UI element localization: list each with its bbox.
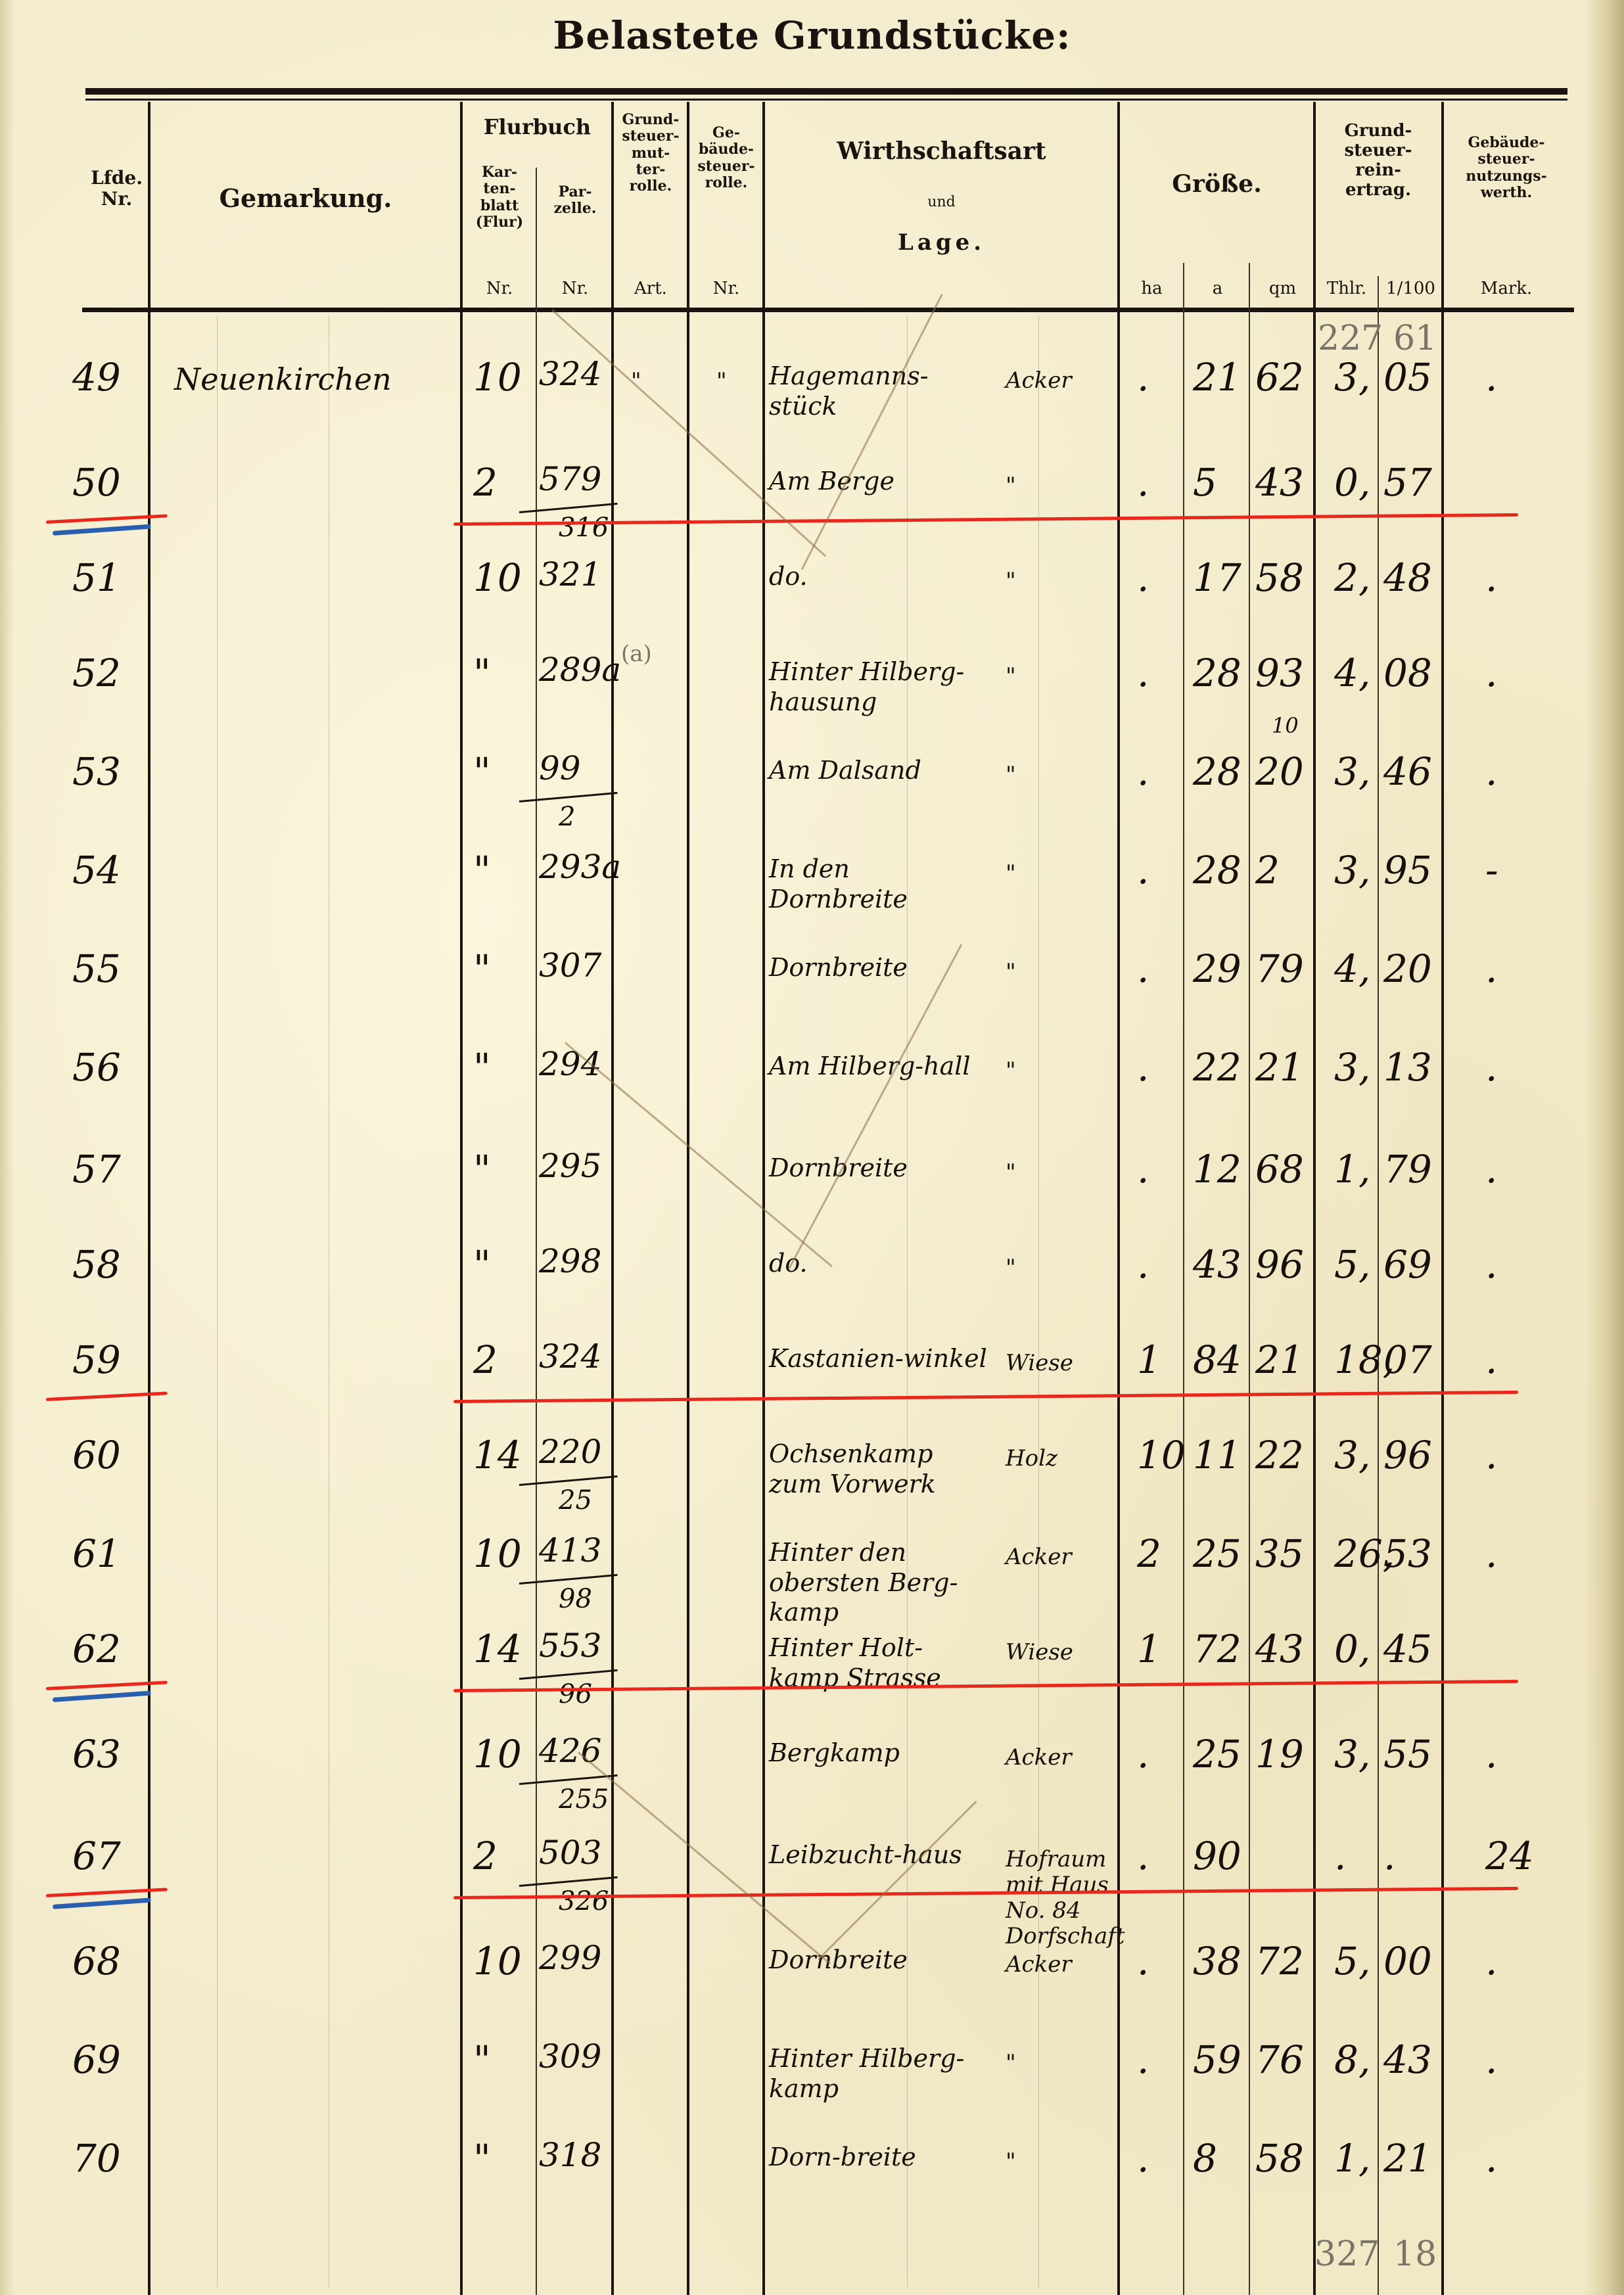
- row-mark: .: [1485, 946, 1497, 991]
- fraction-bar: [519, 1669, 618, 1680]
- row-thlr: 3,: [1334, 1433, 1370, 1477]
- row-mark: 24: [1485, 1834, 1534, 1878]
- header-nr-line: Nr.: [85, 189, 148, 210]
- row-lfd-nr: 56: [72, 1045, 121, 1090]
- col-divider-gebaeuderolle: [762, 102, 765, 2295]
- row-ha: .: [1137, 555, 1149, 600]
- row-parzelle: 309: [539, 2037, 601, 2075]
- row-a: 59: [1193, 2037, 1241, 2082]
- header-text: rolle.: [615, 178, 687, 195]
- row-a: 29: [1193, 946, 1241, 991]
- row-qm: 20: [1255, 749, 1304, 794]
- row-a: 90: [1193, 1834, 1241, 1878]
- row-lfd-nr: 61: [72, 1531, 121, 1576]
- row-a: 28: [1193, 848, 1241, 892]
- header-text: ertrag.: [1316, 181, 1441, 200]
- row-ha: .: [1137, 1732, 1149, 1776]
- row-mark: .: [1485, 1732, 1497, 1776]
- row-wirthschaftsart: ": [1006, 1058, 1016, 1084]
- row-wirthschaftsart: ": [1006, 473, 1016, 499]
- header-flurbuch: Flurbuch: [463, 115, 611, 139]
- row-parzelle: 220: [539, 1433, 601, 1471]
- header-text: rein-: [1316, 161, 1441, 181]
- row-wirthschaftsart: Acker: [1006, 1952, 1072, 1978]
- row-mark: .: [1485, 355, 1497, 400]
- row-parzelle: 293a: [539, 848, 621, 886]
- col-divider-kartenblatt: [536, 168, 537, 2295]
- row-wirthschaftsart: Hofraum mit Haus No. 84 Dorfschaft: [1006, 1847, 1117, 1949]
- row-thlr: 3,: [1334, 848, 1370, 892]
- row-lfd-nr: 52: [72, 651, 121, 695]
- row-wirthschaftsart: ": [1006, 762, 1016, 788]
- row-a: 12: [1193, 1147, 1241, 1192]
- row-hundredths: 95: [1383, 848, 1432, 892]
- header-text: Grund-: [615, 112, 687, 128]
- row-parzelle: 413: [539, 1531, 601, 1569]
- row-qm: 68: [1255, 1147, 1304, 1192]
- row-parzelle: 321: [539, 555, 601, 593]
- row-lage: Hinter den obersten Berg-kamp: [769, 1538, 992, 1628]
- row-kartenblatt: 10: [473, 1939, 522, 1983]
- header-text: Ge-: [690, 125, 762, 141]
- row-ha: .: [1137, 1147, 1149, 1192]
- row-mark: .: [1485, 1939, 1497, 1983]
- header-text: werth.: [1444, 185, 1569, 201]
- row-a: 11: [1193, 1433, 1241, 1477]
- row-hundredths: 53: [1383, 1531, 1432, 1576]
- page-edge-right: [1585, 0, 1624, 2295]
- row-ha: 1: [1137, 1627, 1161, 1671]
- row-thlr: 3,: [1334, 355, 1370, 400]
- header-gemarkung: Gemarkung.: [151, 184, 460, 213]
- fraction-bar: [519, 503, 618, 513]
- paper-crease: [818, 1801, 977, 1960]
- row-thlr: 3,: [1334, 749, 1370, 794]
- header-gebaeudesteuerrolle: Ge- bäude- steuer- rolle.: [690, 125, 762, 191]
- row-mark: .: [1485, 555, 1497, 600]
- row-wirthschaftsart: Holz: [1006, 1446, 1057, 1472]
- row-mark: .: [1485, 1433, 1497, 1477]
- row-a: 8: [1193, 2136, 1217, 2181]
- row-mark: .: [1485, 1242, 1497, 1287]
- unit-parzelle: Nr.: [539, 279, 611, 299]
- row-mark: .: [1485, 1147, 1497, 1192]
- row-kartenblatt: 2: [473, 1337, 498, 1382]
- row-lfd-nr: 53: [72, 749, 121, 794]
- fraction-bar: [519, 1475, 618, 1486]
- row-hundredths: 05: [1383, 355, 1432, 400]
- row-a: 84: [1193, 1337, 1241, 1382]
- unit-kartenblatt: Nr.: [463, 279, 536, 299]
- header-text: bäude-: [690, 141, 762, 158]
- row-hundredths: 07: [1383, 1337, 1432, 1382]
- row-kartenblatt: ": [473, 1045, 491, 1090]
- row-kartenblatt: 14: [473, 1433, 522, 1477]
- row-thlr: 2,: [1334, 555, 1370, 600]
- page-title: Belastete Grundstücke:: [0, 13, 1624, 58]
- row-thlr: 4,: [1334, 946, 1370, 991]
- unit-hundredths: 1/100: [1380, 279, 1441, 299]
- row-lfd-nr: 50: [72, 460, 121, 505]
- row-kartenblatt: ": [473, 2037, 491, 2082]
- fraction-bar: [519, 792, 618, 802]
- row-parzelle: 324: [539, 1337, 601, 1376]
- carry-over-hundredths: 61: [1393, 319, 1437, 358]
- row-ha: .: [1137, 749, 1149, 794]
- row-parzelle-sub: 316: [559, 513, 609, 543]
- guide-line: [329, 315, 329, 2287]
- header-text: zelle.: [539, 200, 611, 217]
- row-parzelle: 579: [539, 460, 601, 498]
- header-text: Par-: [539, 184, 611, 200]
- col-divider-lfd: [148, 102, 151, 2295]
- row-qm: 21: [1255, 1337, 1304, 1382]
- row-qm: 93: [1255, 651, 1304, 695]
- col-divider-parzelle: [611, 102, 614, 2295]
- row-ha: .: [1137, 2136, 1149, 2181]
- row-hundredths: 55: [1383, 1732, 1432, 1776]
- row-kartenblatt: 2: [473, 460, 498, 505]
- row-wirthschaftsart: ": [1006, 568, 1016, 594]
- row-parzelle: 295: [539, 1147, 601, 1185]
- row-parzelle: 99: [539, 749, 581, 787]
- row-lfd-nr: 63: [72, 1732, 121, 1776]
- row-ha: .: [1137, 1242, 1149, 1287]
- header-top-thin-rule: [85, 99, 1567, 101]
- row-a: 72: [1193, 1627, 1241, 1671]
- fraction-bar: [519, 1774, 618, 1785]
- row-gebaeuderolle-nr: ": [716, 368, 727, 394]
- row-ha: .: [1137, 2037, 1149, 2082]
- row-a: 22: [1193, 1045, 1241, 1090]
- paper-crease: [801, 294, 943, 570]
- row-mark: -: [1485, 848, 1498, 892]
- header-text: Grund-: [1316, 122, 1441, 141]
- guide-line: [217, 315, 218, 2287]
- header-text: steuer-: [615, 128, 687, 145]
- row-parzelle-note: (a): [621, 641, 652, 667]
- header-text: blatt: [463, 198, 536, 214]
- row-ha: .: [1137, 1045, 1149, 1090]
- row-wirthschaftsart: Acker: [1006, 368, 1072, 394]
- row-qm: 62: [1255, 355, 1304, 400]
- header-text: Gebäude-: [1444, 135, 1569, 151]
- row-qm: 76: [1255, 2037, 1304, 2082]
- row-kartenblatt: ": [473, 651, 491, 695]
- row-hundredths: 46: [1383, 749, 1432, 794]
- row-lfd-nr: 49: [72, 355, 121, 400]
- col-divider-thlr: [1378, 276, 1379, 2295]
- row-lfd-nr: 54: [72, 848, 121, 892]
- row-a: 25: [1193, 1732, 1241, 1776]
- row-thlr: 0,: [1334, 460, 1370, 505]
- header-text: (Flur): [463, 214, 536, 231]
- unit-qm: qm: [1252, 279, 1313, 299]
- header-text: mut-: [615, 145, 687, 162]
- row-thlr: 8,: [1334, 2037, 1370, 2082]
- row-qm: 19: [1255, 1732, 1304, 1776]
- col-divider-groesse: [1313, 102, 1316, 2295]
- row-qm: 35: [1255, 1531, 1304, 1576]
- row-wirthschaftsart: ": [1006, 960, 1016, 985]
- col-divider-ha: [1183, 263, 1184, 2295]
- row-kartenblatt: ": [473, 1242, 491, 1287]
- row-ha: 10: [1137, 1433, 1186, 1477]
- row-kartenblatt: ": [473, 848, 491, 892]
- row-a: 43: [1193, 1242, 1241, 1287]
- unit-a: a: [1186, 279, 1249, 299]
- header-text: rolle.: [690, 175, 762, 191]
- row-parzelle-sub: 96: [559, 1679, 592, 1709]
- row-a: 28: [1193, 749, 1241, 794]
- row-lfd-nr: 57: [72, 1147, 121, 1192]
- total-thlr: 327: [1314, 2235, 1380, 2274]
- row-mark: .: [1485, 1337, 1497, 1382]
- header-text: ten-: [463, 181, 536, 197]
- header-lage: Lage.: [766, 230, 1117, 256]
- header-text: steuer-: [690, 158, 762, 175]
- fraction-bar: [519, 1574, 618, 1585]
- row-ha: .: [1137, 460, 1149, 505]
- row-ha: .: [1137, 651, 1149, 695]
- row-hundredths: .: [1383, 1834, 1395, 1878]
- row-lage: In den Dornbreite: [769, 854, 992, 914]
- row-lage: Hinter Hilberg-hausung: [769, 657, 992, 717]
- row-hundredths: 08: [1383, 651, 1432, 695]
- row-qm: 2: [1255, 848, 1280, 892]
- row-thlr: 1,: [1334, 2136, 1370, 2181]
- row-ha: .: [1137, 848, 1149, 892]
- row-kartenblatt: 10: [473, 1732, 522, 1776]
- row-kartenblatt: ": [473, 1147, 491, 1192]
- col-divider-a: [1249, 263, 1250, 2295]
- header-top-rule: [85, 88, 1567, 95]
- row-thlr: 0,: [1334, 1627, 1370, 1671]
- row-parzelle: 503: [539, 1834, 601, 1872]
- row-hundredths: 21: [1383, 2136, 1432, 2181]
- row-thlr: .: [1334, 1834, 1346, 1878]
- row-wirthschaftsart: Acker: [1006, 1544, 1072, 1570]
- row-gemarkung: Neuenkirchen: [174, 361, 392, 397]
- row-ha: .: [1137, 355, 1149, 400]
- row-lfd-nr: 67: [72, 1834, 121, 1878]
- row-hundredths: 00: [1383, 1939, 1432, 1983]
- header-wirthschaftsart: Wirthschaftsart: [766, 138, 1117, 165]
- row-lage: Bergkamp: [769, 1738, 900, 1769]
- guide-line: [1038, 315, 1039, 2287]
- row-wirthschaftsart: ": [1006, 1160, 1016, 1186]
- fraction-bar: [519, 1876, 618, 1887]
- row-hundredths: 45: [1383, 1627, 1432, 1671]
- row-hundredths: 57: [1383, 460, 1432, 505]
- col-divider-gemarkung: [460, 102, 463, 2295]
- row-qm-note: 10: [1272, 713, 1299, 738]
- header-lfd-line: Lfde.: [85, 168, 148, 189]
- row-wirthschaftsart: ": [1006, 1255, 1016, 1281]
- row-wirthschaftsart: ": [1006, 2149, 1016, 2175]
- row-qm: 72: [1255, 1939, 1304, 1983]
- row-lage: Kastanien-winkel: [769, 1344, 987, 1374]
- paper-crease: [788, 944, 963, 1270]
- header-text: steuer-: [1316, 141, 1441, 161]
- row-parzelle-sub: 326: [559, 1886, 609, 1916]
- row-lfd-nr: 55: [72, 946, 121, 991]
- row-parzelle: 307: [539, 946, 601, 985]
- row-thlr: 3,: [1334, 1045, 1370, 1090]
- row-qm: 22: [1255, 1433, 1304, 1477]
- row-mark: .: [1485, 749, 1497, 794]
- header-text: steuer-: [1444, 151, 1569, 168]
- row-lage: Dornbreite: [769, 1945, 908, 1976]
- unit-mutterrolle: Art.: [615, 279, 687, 299]
- row-hundredths: 13: [1383, 1045, 1432, 1090]
- row-parzelle-sub: 255: [559, 1784, 609, 1815]
- header-gebaeudesteuernutzungswerth: Gebäude- steuer- nutzungs- werth.: [1444, 135, 1569, 201]
- row-kartenblatt: ": [473, 2136, 491, 2181]
- carry-over-thlr: 227: [1318, 319, 1383, 358]
- row-lfd-nr: 68: [72, 1939, 121, 1983]
- header-text: Kar-: [463, 164, 536, 181]
- header-kartenblatt: Kar- ten- blatt (Flur): [463, 164, 536, 231]
- row-parzelle: 298: [539, 1242, 601, 1280]
- row-wirthschaftsart: Acker: [1006, 1745, 1072, 1771]
- row-mark: .: [1485, 651, 1497, 695]
- row-a: 25: [1193, 1531, 1241, 1576]
- row-lfd-nr: 58: [72, 1242, 121, 1287]
- blue-strike-line: [53, 524, 151, 536]
- unit-gebaeuderolle: Nr.: [690, 279, 762, 299]
- header-text: nutzungs-: [1444, 168, 1569, 185]
- row-kartenblatt: 10: [473, 555, 522, 600]
- row-kartenblatt: 2: [473, 1834, 498, 1878]
- row-lfd-nr: 51: [72, 555, 121, 600]
- row-thlr: 4,: [1334, 651, 1370, 695]
- row-lfd-nr: 70: [72, 2136, 121, 2181]
- row-lfd-nr: 69: [72, 2037, 121, 2082]
- row-a: 21: [1193, 355, 1241, 400]
- unit-ha: ha: [1121, 279, 1183, 299]
- row-mark: .: [1485, 2037, 1497, 2082]
- row-lage: do.: [769, 1249, 808, 1279]
- row-parzelle: 318: [539, 2136, 601, 2174]
- row-hundredths: 48: [1383, 555, 1432, 600]
- row-mark: .: [1485, 2136, 1497, 2181]
- row-ha: 1: [1137, 1337, 1161, 1382]
- header-grundsteuerreinertrag: Grund- steuer- rein- ertrag.: [1316, 122, 1441, 200]
- row-a: 28: [1193, 651, 1241, 695]
- guide-line: [907, 315, 908, 2287]
- row-parzelle: 553: [539, 1627, 601, 1665]
- col-divider-wirthschaftsart: [1117, 102, 1120, 2295]
- row-lage: Am Hilberg-hall: [769, 1052, 971, 1082]
- row-lage: Dornbreite: [769, 953, 908, 983]
- row-mark: .: [1485, 1045, 1497, 1090]
- row-lage: Am Berge: [769, 467, 894, 497]
- total-hundredths: 18: [1393, 2235, 1437, 2274]
- row-ha: .: [1137, 1939, 1149, 1983]
- row-kartenblatt: 14: [473, 1627, 522, 1671]
- blue-strike-line: [53, 1898, 151, 1909]
- row-lage: Dornbreite: [769, 1153, 908, 1184]
- header-grundsteuermutterrolle: Grund- steuer- mut- ter- rolle.: [615, 112, 687, 195]
- row-lage: Dorn-breite: [769, 2143, 916, 2173]
- row-qm: 58: [1255, 555, 1304, 600]
- row-lfd-nr: 62: [72, 1627, 121, 1671]
- row-a: 38: [1193, 1939, 1241, 1983]
- header-text: ter-: [615, 162, 687, 178]
- row-a: 5: [1193, 460, 1217, 505]
- row-qm: 21: [1255, 1045, 1304, 1090]
- row-wirthschaftsart: ": [1006, 664, 1016, 689]
- row-parzelle-sub: 2: [559, 802, 575, 832]
- row-lage: Ochsenkamp zum Vorwerk: [769, 1439, 992, 1499]
- row-qm: 43: [1255, 460, 1304, 505]
- unit-mark: Mark.: [1444, 279, 1569, 299]
- row-kartenblatt: 10: [473, 1531, 522, 1576]
- row-mark: .: [1485, 1531, 1497, 1576]
- header-groesse: Größe.: [1121, 171, 1313, 198]
- row-kartenblatt: ": [473, 749, 491, 794]
- unit-thlr: Thlr.: [1316, 279, 1378, 299]
- row-wirthschaftsart: ": [1006, 2051, 1016, 2076]
- row-parzelle-sub: 25: [559, 1485, 592, 1516]
- header-parzelle: Par- zelle.: [539, 184, 611, 218]
- row-parzelle-sub: 98: [559, 1584, 592, 1614]
- row-hundredths: 96: [1383, 1433, 1432, 1477]
- page-edge-left: [0, 0, 14, 2295]
- row-lage: Am Dalsand: [769, 756, 921, 786]
- row-parzelle: 289a: [539, 651, 621, 689]
- header-und: und: [766, 194, 1117, 210]
- row-lage: Hinter Hilberg-kamp: [769, 2044, 992, 2104]
- blue-strike-line: [53, 1691, 151, 1702]
- row-hundredths: 20: [1383, 946, 1432, 991]
- row-qm: 79: [1255, 946, 1304, 991]
- header-bottom-rule: [82, 308, 1574, 312]
- col-divider-reinertrag: [1441, 102, 1444, 2295]
- row-qm: 58: [1255, 2136, 1304, 2181]
- row-lfd-nr: 60: [72, 1433, 121, 1477]
- row-parzelle: 299: [539, 1939, 601, 1977]
- row-kartenblatt: ": [473, 946, 491, 991]
- row-thlr: 1,: [1334, 1147, 1370, 1192]
- row-qm: 43: [1255, 1627, 1304, 1671]
- row-ha: 2: [1137, 1531, 1161, 1576]
- row-thlr: 3,: [1334, 1732, 1370, 1776]
- row-wirthschaftsart: ": [1006, 861, 1016, 887]
- row-hundredths: 79: [1383, 1147, 1432, 1192]
- row-kartenblatt: 10: [473, 355, 522, 400]
- row-lfd-nr: 59: [72, 1337, 121, 1382]
- row-wirthschaftsart: Wiese: [1006, 1640, 1073, 1665]
- row-thlr: 5,: [1334, 1242, 1370, 1287]
- row-parzelle: 324: [539, 355, 601, 393]
- row-ha: .: [1137, 1834, 1149, 1878]
- row-thlr: 5,: [1334, 1939, 1370, 1983]
- row-a: 17: [1193, 555, 1241, 600]
- header-lfd-nr: Lfde. Nr.: [85, 168, 148, 210]
- row-ha: .: [1137, 946, 1149, 991]
- row-qm: 96: [1255, 1242, 1304, 1287]
- row-hundredths: 43: [1383, 2037, 1432, 2082]
- row-wirthschaftsart: Wiese: [1006, 1351, 1073, 1376]
- row-hundredths: 69: [1383, 1242, 1432, 1287]
